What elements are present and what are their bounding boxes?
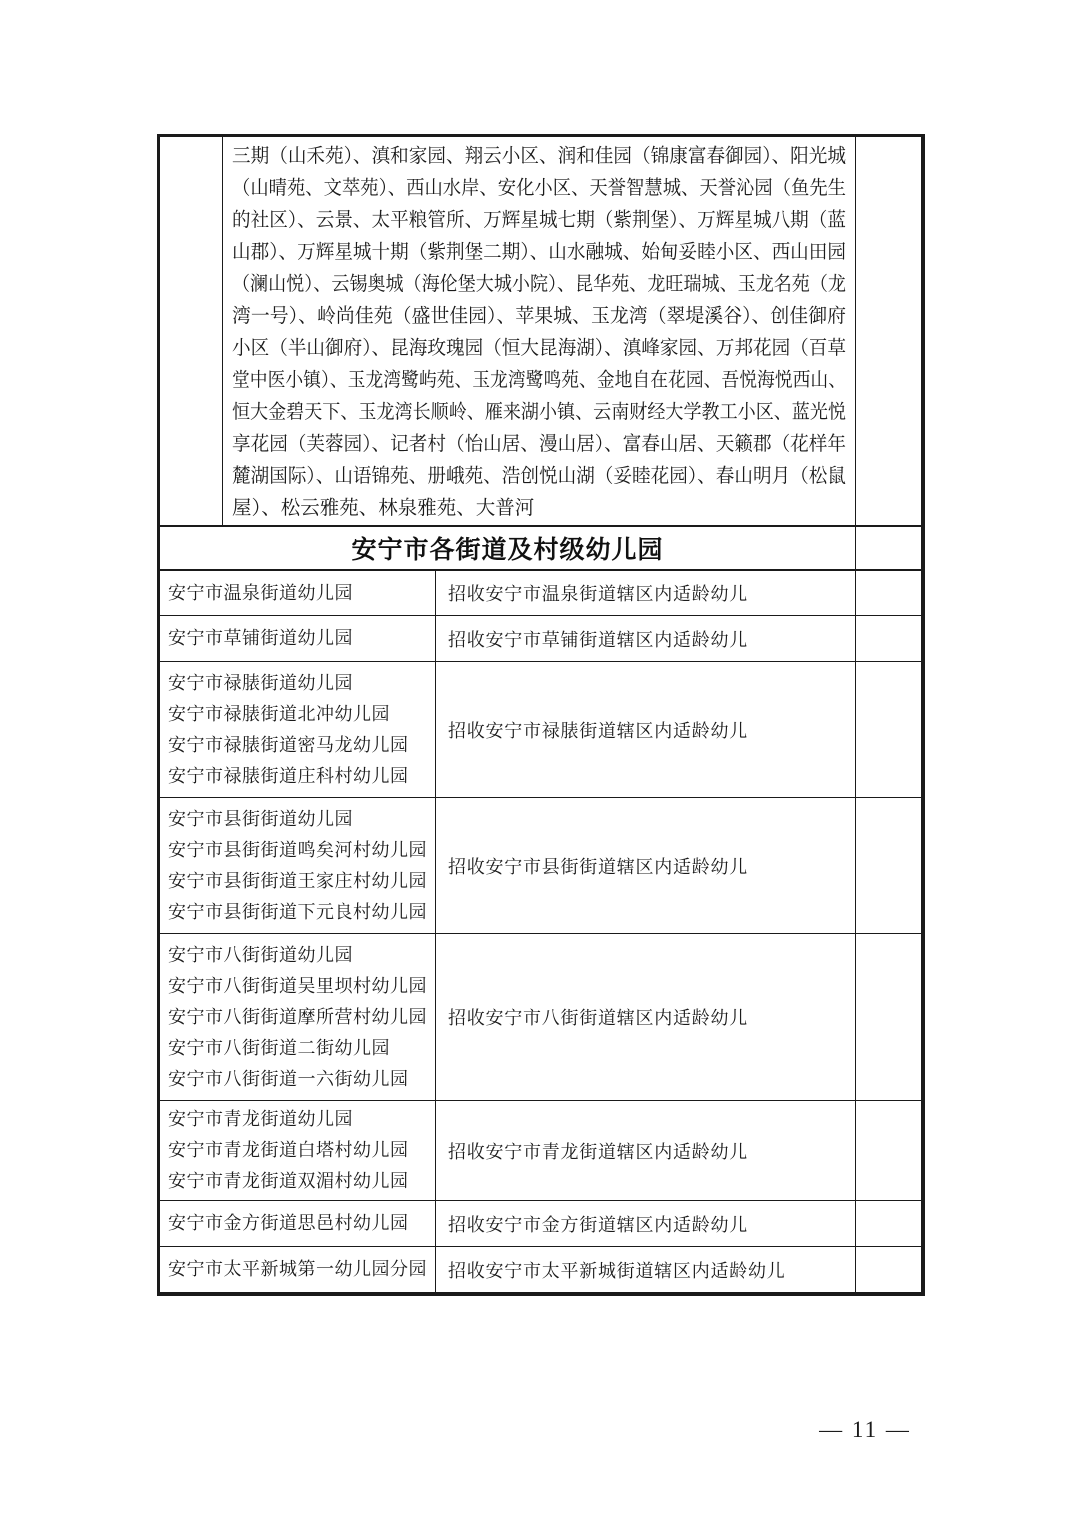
- continuation-left-empty-cell: [160, 137, 222, 525]
- community-list-line: 山郡）、万辉星城十期（紫荆堡二期）、山水融城、始甸妥睦小区、西山田园: [232, 237, 846, 269]
- community-list-line: 享花园（芙蓉园）、记者村（怡山居、漫山居）、富春山居、天籁郡（花样年: [232, 429, 846, 461]
- community-list-line: 堂中医小镇）、玉龙湾鹭屿苑、玉龙湾鹭鸣苑、金地自在花园、吾悦海悦西山、: [232, 365, 846, 397]
- community-list-line: 湾一号）、岭尚佳苑（盛世佳园）、苹果城、玉龙湾（翠堤溪谷）、创佳御府: [232, 301, 846, 333]
- enrollment-scope-cell: 招收安宁市金方街道辖区内适龄幼儿: [435, 1201, 855, 1246]
- kindergarten-names-cell: 安宁市县街街道幼儿园安宁市县街街道鸣矣河村幼儿园安宁市县街街道王家庄村幼儿园安宁…: [160, 798, 435, 933]
- enrollment-scope: 招收安宁市草铺街道辖区内适龄幼儿: [448, 626, 748, 652]
- section-header-row: 安宁市各街道及村级幼儿园: [160, 525, 921, 569]
- enrollment-scope: 招收安宁市禄脿街道辖区内适龄幼儿: [448, 717, 748, 743]
- community-list-paragraph: 三期（山禾苑）、滇和家园、翔云小区、润和佳园（锦康富春御园）、阳光城（山晴苑、文…: [222, 137, 855, 525]
- community-list-line: 小区（半山御府）、昆海玫瑰园（恒大昆海湖）、滇峰家园、万邦花园（百草: [232, 333, 846, 365]
- enrollment-scope-cell: 招收安宁市八街街道辖区内适龄幼儿: [435, 934, 855, 1100]
- kindergarten-name: 安宁市禄脿街道幼儿园: [168, 668, 435, 699]
- note-empty-cell: [855, 1101, 921, 1200]
- enrollment-scope: 招收安宁市金方街道辖区内适龄幼儿: [448, 1211, 748, 1237]
- kindergarten-names-cell: 安宁市禄脿街道幼儿园安宁市禄脿街道北冲幼儿园安宁市禄脿街道密马龙幼儿园安宁市禄脿…: [160, 662, 435, 797]
- kindergarten-enrollment-table: 三期（山禾苑）、滇和家园、翔云小区、润和佳园（锦康富春御园）、阳光城（山晴苑、文…: [157, 134, 925, 1296]
- section-header-title: 安宁市各街道及村级幼儿园: [160, 527, 855, 569]
- kindergarten-name: 安宁市八街街道摩所营村幼儿园: [168, 1002, 435, 1033]
- kindergarten-row: 安宁市温泉街道幼儿园招收安宁市温泉街道辖区内适龄幼儿: [160, 569, 921, 615]
- enrollment-scope: 招收安宁市县街街道辖区内适龄幼儿: [448, 853, 748, 879]
- kindergarten-name: 安宁市八街街道吴里坝村幼儿园: [168, 971, 435, 1002]
- kindergarten-name: 安宁市禄脿街道密马龙幼儿园: [168, 730, 435, 761]
- kindergarten-row: 安宁市太平新城第一幼儿园分园招收安宁市太平新城街道辖区内适龄幼儿: [160, 1246, 921, 1292]
- community-list-line: 恒大金碧天下、玉龙湾长顺岭、雁来湖小镇、云南财经大学教工小区、蓝光悦: [232, 397, 846, 429]
- enrollment-scope: 招收安宁市太平新城街道辖区内适龄幼儿: [448, 1257, 786, 1283]
- enrollment-scope: 招收安宁市青龙街道辖区内适龄幼儿: [448, 1138, 748, 1164]
- kindergarten-row: 安宁市金方街道思邑村幼儿园招收安宁市金方街道辖区内适龄幼儿: [160, 1200, 921, 1246]
- note-empty-cell: [855, 662, 921, 797]
- kindergarten-name: 安宁市县街街道王家庄村幼儿园: [168, 866, 435, 897]
- enrollment-scope: 招收安宁市八街街道辖区内适龄幼儿: [448, 1004, 748, 1030]
- kindergarten-names-cell: 安宁市太平新城第一幼儿园分园: [160, 1247, 435, 1292]
- community-list-line: （山晴苑、文萃苑）、西山水岸、安化小区、天誉智慧城、天誉沁园（鱼先生: [232, 173, 846, 205]
- kindergarten-name: 安宁市禄脿街道北冲幼儿园: [168, 699, 435, 730]
- kindergarten-row: 安宁市禄脿街道幼儿园安宁市禄脿街道北冲幼儿园安宁市禄脿街道密马龙幼儿园安宁市禄脿…: [160, 661, 921, 797]
- note-empty-cell: [855, 616, 921, 661]
- note-empty-cell: [855, 1247, 921, 1292]
- kindergarten-name: 安宁市青龙街道白塔村幼儿园: [168, 1135, 435, 1166]
- community-list-line: （澜山悦）、云锡奥城（海伦堡大城小院）、昆华苑、龙旺瑞城、玉龙名苑（龙: [232, 269, 846, 301]
- kindergarten-name: 安宁市青龙街道双湄村幼儿园: [168, 1166, 435, 1197]
- kindergarten-names-cell: 安宁市温泉街道幼儿园: [160, 571, 435, 615]
- kindergarten-name: 安宁市金方街道思邑村幼儿园: [168, 1208, 435, 1239]
- kindergarten-name: 安宁市八街街道一六街幼儿园: [168, 1064, 435, 1095]
- enrollment-scope-cell: 招收安宁市太平新城街道辖区内适龄幼儿: [435, 1247, 855, 1292]
- kindergarten-row: 安宁市县街街道幼儿园安宁市县街街道鸣矣河村幼儿园安宁市县街街道王家庄村幼儿园安宁…: [160, 797, 921, 933]
- enrollment-scope: 招收安宁市温泉街道辖区内适龄幼儿: [448, 580, 748, 606]
- note-empty-cell: [855, 1201, 921, 1246]
- kindergarten-name: 安宁市太平新城第一幼儿园分园: [168, 1254, 435, 1285]
- kindergarten-names-cell: 安宁市金方街道思邑村幼儿园: [160, 1201, 435, 1246]
- community-list-line: 的社区）、云景、太平粮管所、万辉星城七期（紫荆堡）、万辉星城八期（蓝: [232, 205, 846, 237]
- document-page: 三期（山禾苑）、滇和家园、翔云小区、润和佳园（锦康富春御园）、阳光城（山晴苑、文…: [0, 0, 1080, 1527]
- kindergarten-names-cell: 安宁市草铺街道幼儿园: [160, 616, 435, 661]
- note-empty-cell: [855, 571, 921, 615]
- header-note-empty-cell: [855, 527, 921, 569]
- kindergarten-row: 安宁市青龙街道幼儿园安宁市青龙街道白塔村幼儿园安宁市青龙街道双湄村幼儿园招收安宁…: [160, 1100, 921, 1200]
- kindergarten-name: 安宁市草铺街道幼儿园: [168, 623, 435, 654]
- kindergarten-name: 安宁市温泉街道幼儿园: [168, 578, 435, 609]
- kindergarten-name: 安宁市县街街道鸣矣河村幼儿园: [168, 835, 435, 866]
- kindergarten-name: 安宁市八街街道幼儿园: [168, 940, 435, 971]
- community-list-line: 麓湖国际）、山语锦苑、册峨苑、浩创悦山湖（妥睦花园）、春山明月（松鼠: [232, 461, 846, 493]
- community-list-line: 屋）、松云雅苑、林泉雅苑、大普河: [232, 493, 846, 525]
- kindergarten-row: 安宁市八街街道幼儿园安宁市八街街道吴里坝村幼儿园安宁市八街街道摩所营村幼儿园安宁…: [160, 933, 921, 1100]
- kindergarten-row: 安宁市草铺街道幼儿园招收安宁市草铺街道辖区内适龄幼儿: [160, 615, 921, 661]
- community-list-line: 三期（山禾苑）、滇和家园、翔云小区、润和佳园（锦康富春御园）、阳光城: [232, 141, 846, 173]
- kindergarten-name: 安宁市青龙街道幼儿园: [168, 1104, 435, 1135]
- kindergarten-name: 安宁市八街街道二街幼儿园: [168, 1033, 435, 1064]
- enrollment-scope-cell: 招收安宁市草铺街道辖区内适龄幼儿: [435, 616, 855, 661]
- enrollment-scope-cell: 招收安宁市县街街道辖区内适龄幼儿: [435, 798, 855, 933]
- kindergarten-name: 安宁市县街街道幼儿园: [168, 804, 435, 835]
- enrollment-scope-cell: 招收安宁市青龙街道辖区内适龄幼儿: [435, 1101, 855, 1200]
- continuation-note-empty-cell: [855, 137, 921, 525]
- enrollment-scope-cell: 招收安宁市禄脿街道辖区内适龄幼儿: [435, 662, 855, 797]
- kindergarten-name: 安宁市禄脿街道庄科村幼儿园: [168, 761, 435, 792]
- note-empty-cell: [855, 798, 921, 933]
- page-number: — 11 —: [798, 1417, 932, 1443]
- enrollment-scope-cell: 招收安宁市温泉街道辖区内适龄幼儿: [435, 571, 855, 615]
- note-empty-cell: [855, 934, 921, 1100]
- continuation-row: 三期（山禾苑）、滇和家园、翔云小区、润和佳园（锦康富春御园）、阳光城（山晴苑、文…: [160, 137, 921, 525]
- kindergarten-names-cell: 安宁市八街街道幼儿园安宁市八街街道吴里坝村幼儿园安宁市八街街道摩所营村幼儿园安宁…: [160, 934, 435, 1100]
- kindergarten-name: 安宁市县街街道下元良村幼儿园: [168, 897, 435, 928]
- kindergarten-names-cell: 安宁市青龙街道幼儿园安宁市青龙街道白塔村幼儿园安宁市青龙街道双湄村幼儿园: [160, 1101, 435, 1200]
